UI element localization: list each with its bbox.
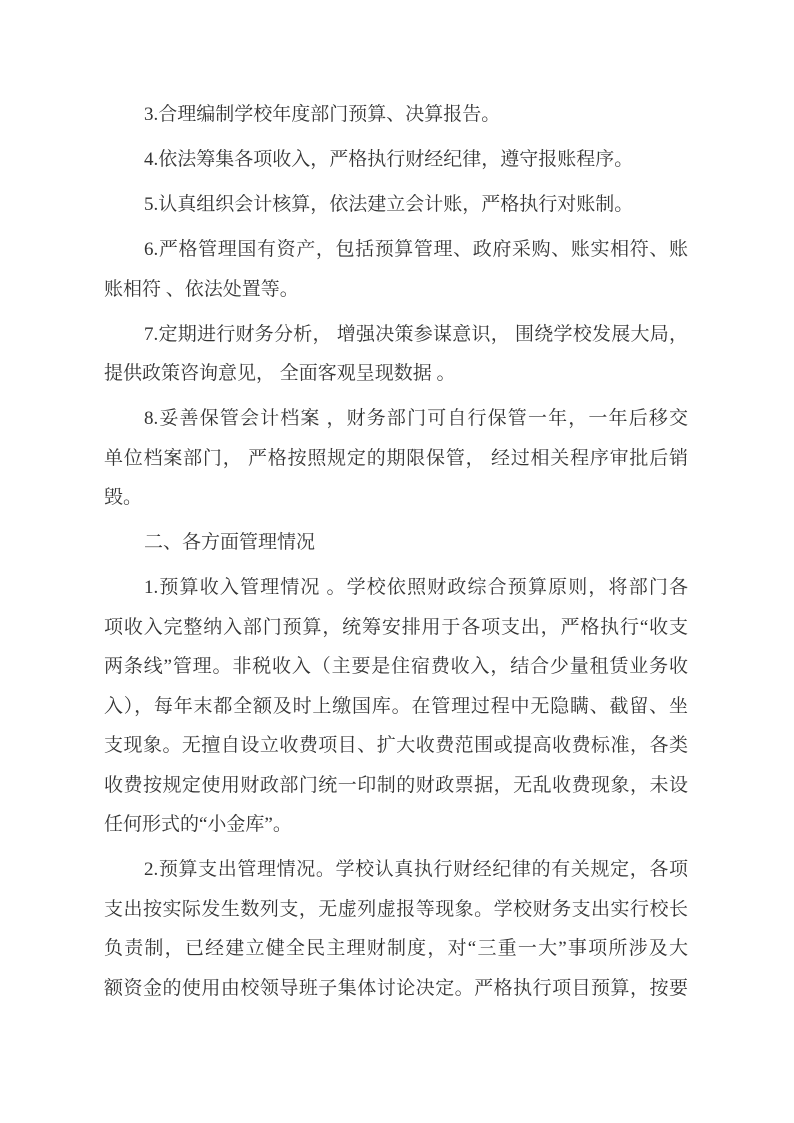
doc-line: 6.严格管理国有资产，包括预算管理、政府采购、账实相符、账 [104,230,688,270]
doc-line: 账相符 、依法处置等。 [104,270,688,310]
doc-line: 负责制，已经建立健全民主理财制度，对“三重一大”事项所涉及大 [104,929,688,969]
list-item-7: 7.定期进行财务分析， 增强决策参谋意识， 围绕学校发展大局， 提供政策咨询意见… [104,315,688,394]
doc-line: 4.依法筹集各项收入，严格执行财经纪律，遵守报账程序。 [104,140,688,180]
doc-line: 3.合理编制学校年度部门预算、决算报告。 [104,95,688,135]
doc-line: 8.妥善保管会计档案 ，财务部门可自行保管一年，一年后移交 [104,399,688,439]
doc-line: 两条线”管理。非税收入（主要是住宿费收入，结合少量租赁业务收 [104,647,688,687]
document-page: 3.合理编制学校年度部门预算、决算报告。 4.依法筹集各项收入，严格执行财经纪律… [0,0,794,1123]
doc-line: 任何形式的“小金库”。 [104,805,688,845]
list-item-6: 6.严格管理国有资产，包括预算管理、政府采购、账实相符、账 账相符 、依法处置等… [104,230,688,309]
doc-line: 支出按实际发生数列支，无虚列虚报等现象。学校财务支出实行校长 [104,890,688,930]
paragraph-budget-expenditure: 2.预算支出管理情况。学校认真执行财经纪律的有关规定，各项 支出按实际发生数列支… [104,850,688,1008]
list-item-4: 4.依法筹集各项收入，严格执行财经纪律，遵守报账程序。 [104,140,688,180]
document-body: 3.合理编制学校年度部门预算、决算报告。 4.依法筹集各项收入，严格执行财经纪律… [104,95,688,1014]
list-item-3: 3.合理编制学校年度部门预算、决算报告。 [104,95,688,135]
list-item-5: 5.认真组织会计核算，依法建立会计账，严格执行对账制。 [104,185,688,225]
doc-line: 支现象。无擅自设立收费项目、扩大收费范围或提高收费标准，各类 [104,726,688,766]
doc-line: 5.认真组织会计核算，依法建立会计账，严格执行对账制。 [104,185,688,225]
doc-line: 1.预算收入管理情况 。学校依照财政综合预算原则，将部门各 [104,568,688,608]
doc-line: 2.预算支出管理情况。学校认真执行财经纪律的有关规定，各项 [104,850,688,890]
doc-line: 项收入完整纳入部门预算，统筹安排用于各项支出，严格执行“收支 [104,608,688,648]
paragraph-budget-income: 1.预算收入管理情况 。学校依照财政综合预算原则，将部门各 项收入完整纳入部门预… [104,568,688,845]
section-heading: 二、各方面管理情况 [104,523,688,563]
doc-line: 7.定期进行财务分析， 增强决策参谋意识， 围绕学校发展大局， [104,315,688,355]
doc-line: 额资金的使用由校领导班子集体讨论决定。严格执行项目预算，按要 [104,969,688,1009]
doc-line: 提供政策咨询意见， 全面客观呈现数据 。 [104,354,688,394]
section-heading-text: 二、各方面管理情况 [104,523,688,563]
doc-line: 入），每年末都全额及时上缴国库。在管理过程中无隐瞒、截留、坐 [104,687,688,727]
doc-line: 单位档案部门， 严格按照规定的期限保管， 经过相关程序审批后销 [104,439,688,479]
doc-line: 收费按规定使用财政部门统一印制的财政票据，无乱收费现象，未设 [104,766,688,806]
list-item-8: 8.妥善保管会计档案 ，财务部门可自行保管一年，一年后移交 单位档案部门， 严格… [104,399,688,518]
doc-line: 毁。 [104,478,688,518]
